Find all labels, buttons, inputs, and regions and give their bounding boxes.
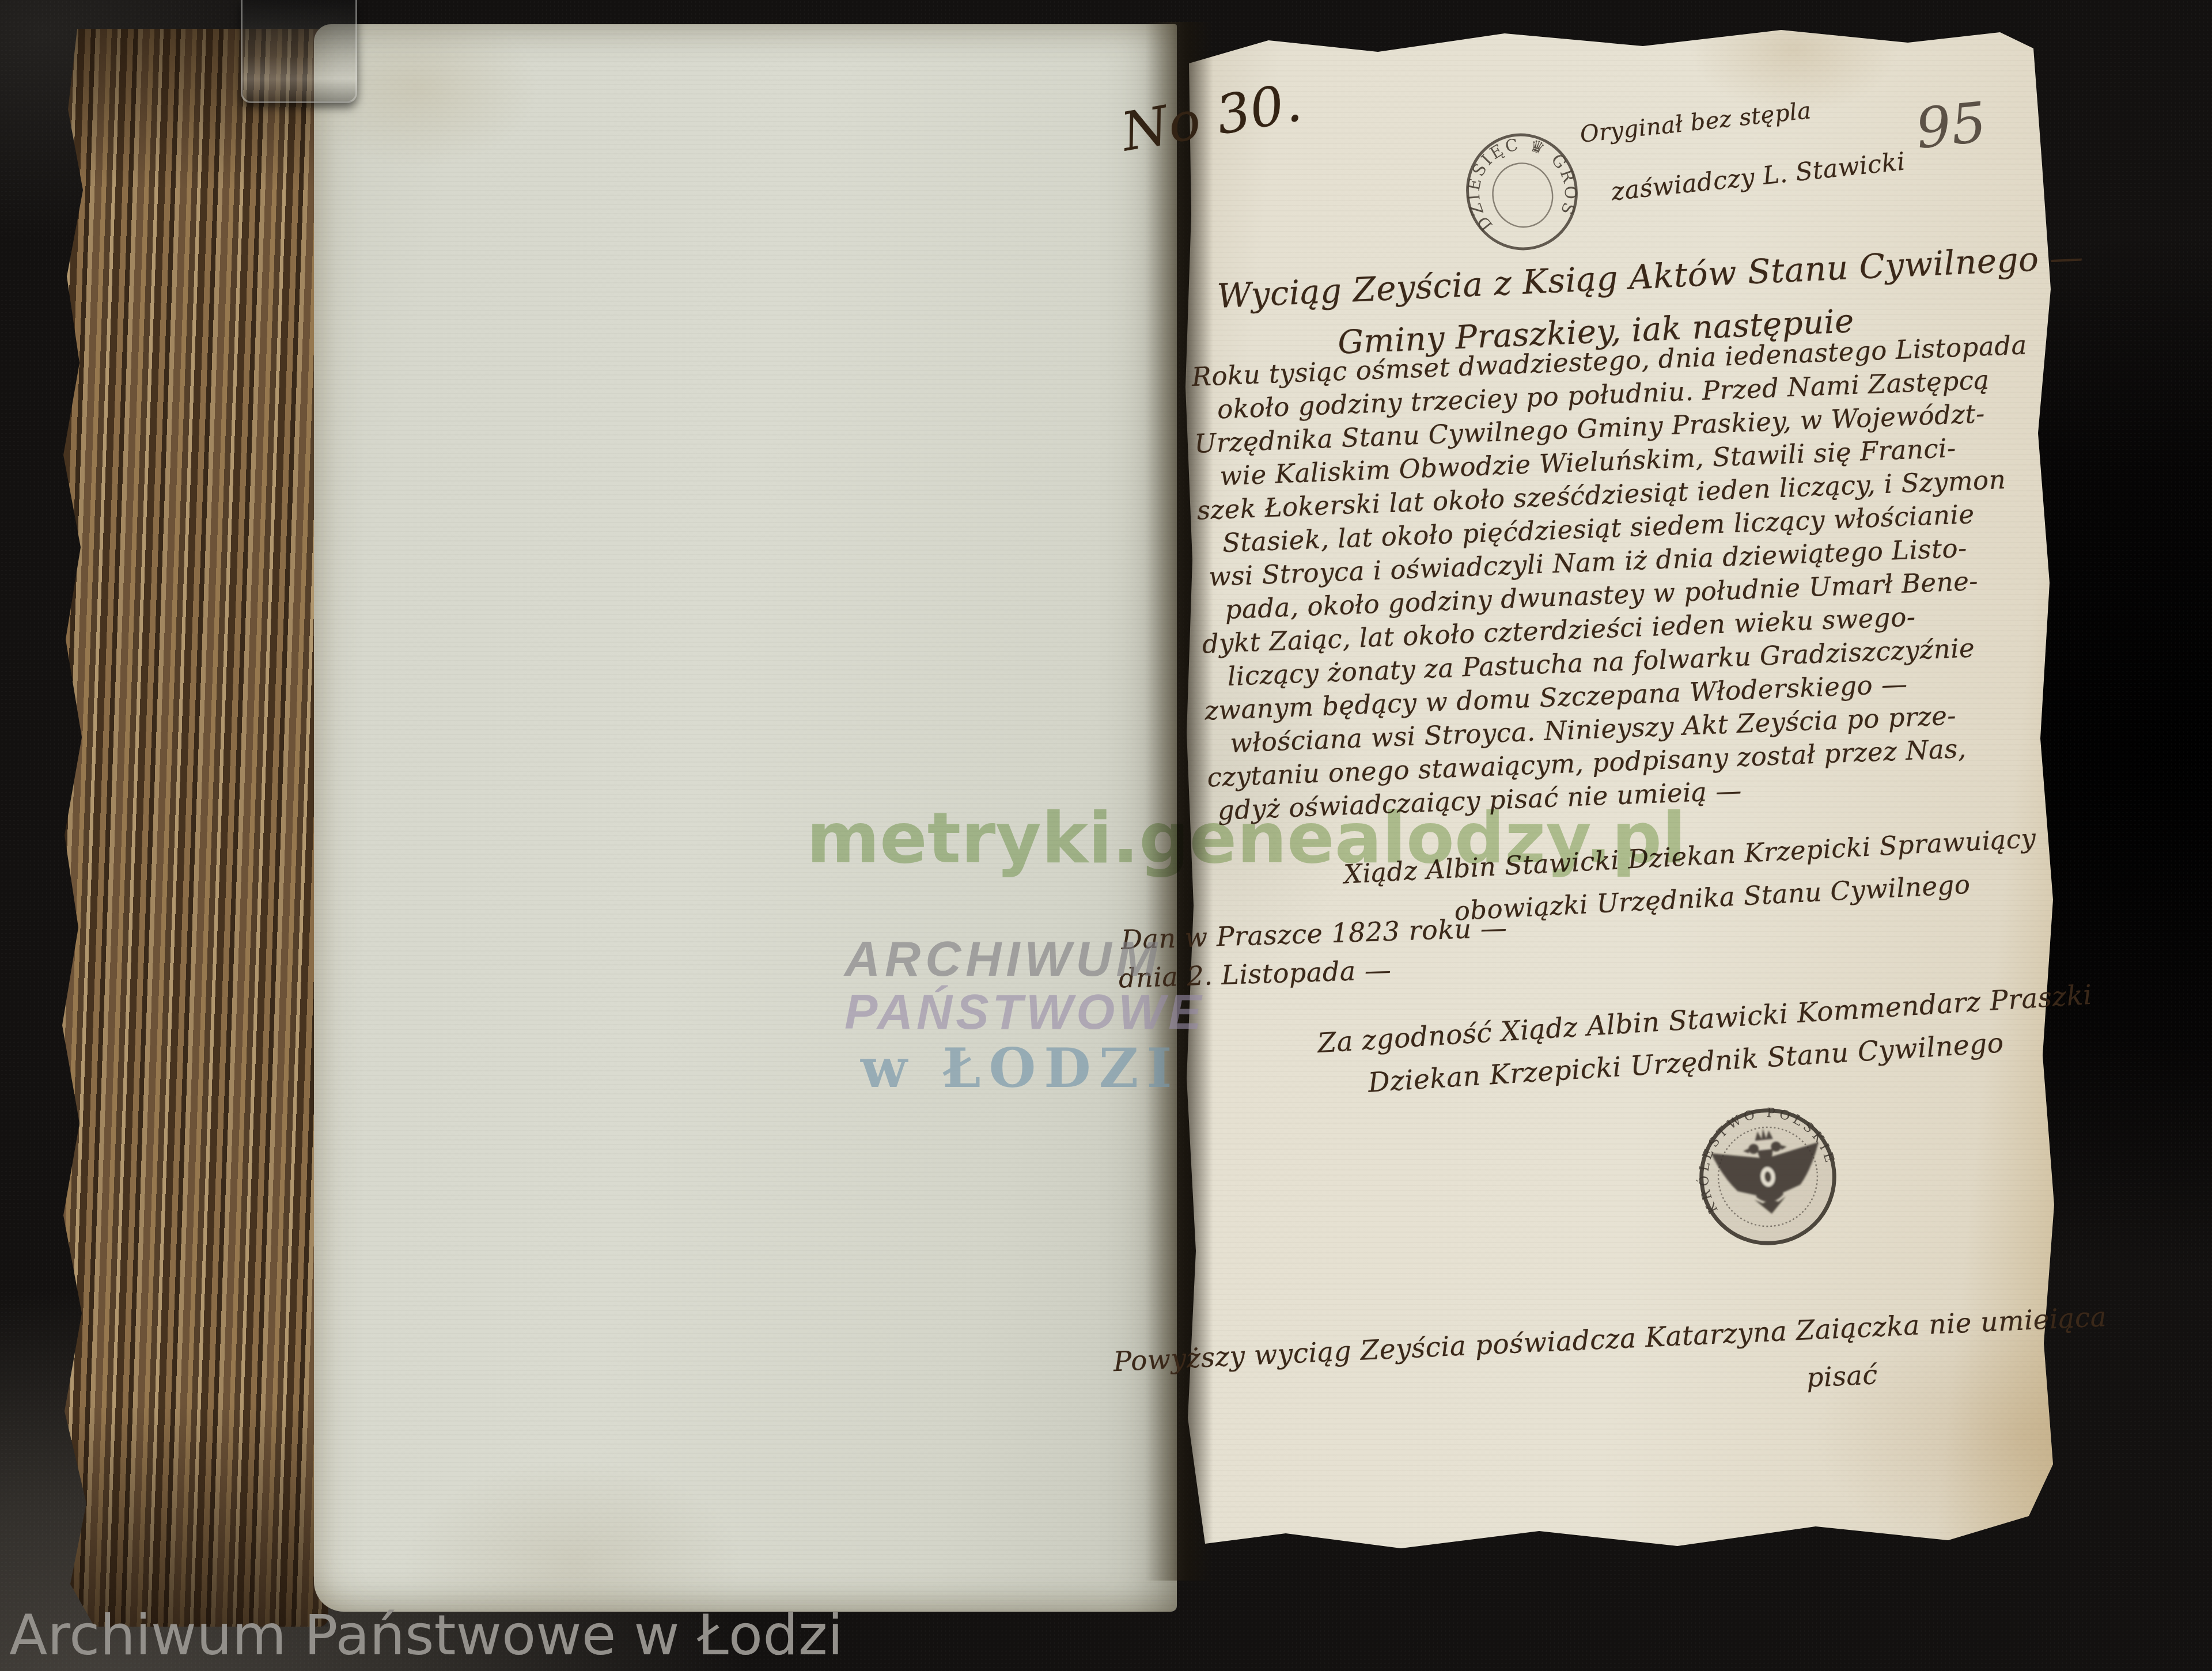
plexiglass-page-clip [241,0,357,103]
blank-verso-page [314,24,1177,1612]
photograph-of-civil-register: No 30. DZIESIĘC ♛ GROSZY Oryginał bez st… [0,0,2212,1671]
page-number: 95 [1912,90,1989,161]
torn-page-edges [58,29,328,1627]
stamp-inner-ring [1487,157,1559,233]
act-body-text: Roku tysiąc ośmset dwadziestego, dnia ie… [1191,329,2061,829]
kingdom-of-poland-eagle-seal: KRÓLESTWO POLSKIE [1687,1096,1848,1257]
attestation-line-2: pisać [1806,1359,1878,1393]
